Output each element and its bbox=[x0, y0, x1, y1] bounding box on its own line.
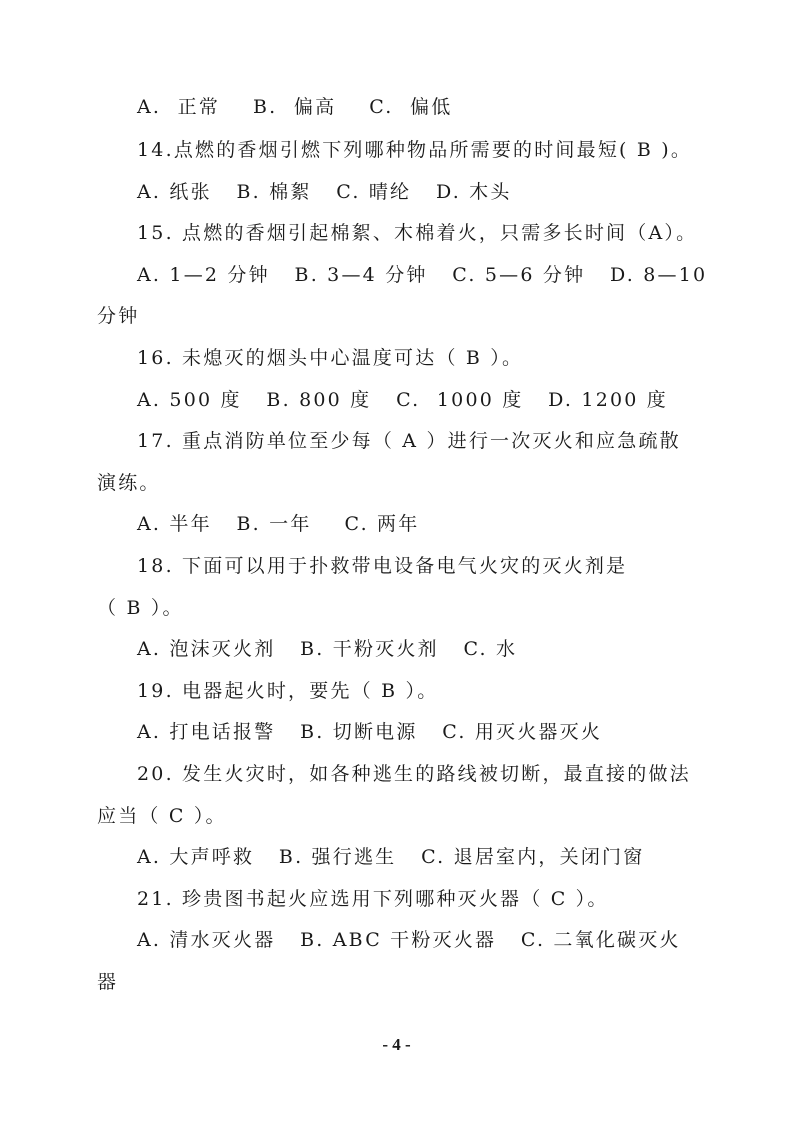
q18-question-cont: （ B ）。 bbox=[97, 596, 184, 620]
q14-question: 14.点燃的香烟引燃下列哪种物品所需要的时间最短( B )。 bbox=[137, 138, 692, 162]
q16-options: A. 500 度 B. 800 度 C. 1000 度 D. 1200 度 bbox=[137, 388, 668, 412]
q17-options: A. 半年 B. 一年 C. 两年 bbox=[137, 512, 419, 536]
q19-question: 19. 电器起火时，要先（ B ）。 bbox=[137, 679, 438, 703]
q15-options: A. 1—2 分钟 B. 3—4 分钟 C. 5—6 分钟 D. 8—10 bbox=[137, 263, 707, 287]
q17-question: 17. 重点消防单位至少每（ A ）进行一次灭火和应急疏散 bbox=[137, 429, 681, 453]
q18-question: 18. 下面可以用于扑救带电设备电气火灾的灭火剂是 bbox=[137, 554, 627, 578]
page-number: - 4 - bbox=[0, 1035, 793, 1055]
q15-question: 15. 点燃的香烟引起棉絮、木棉着火，只需多长时间（A）。 bbox=[137, 221, 697, 245]
q21-options-cont: 器 bbox=[97, 970, 118, 994]
q19-options: A. 打电话报警 B. 切断电源 C. 用灭火器灭火 bbox=[137, 720, 602, 744]
q16-question: 16. 未熄灭的烟头中心温度可达（ B ）。 bbox=[137, 346, 523, 370]
q20-options: A. 大声呼救 B. 强行逃生 C. 退居室内，关闭门窗 bbox=[137, 845, 644, 869]
q20-question: 20. 发生火灾时，如各种逃生的路线被切断，最直接的做法 bbox=[137, 762, 691, 786]
q21-question: 21. 珍贵图书起火应选用下列哪种灭火器（ C ）。 bbox=[137, 887, 609, 911]
q18-options: A. 泡沫灭火剂 B. 干粉灭火剂 C. 水 bbox=[137, 637, 517, 661]
q14-options: A. 纸张 B. 棉絮 C. 晴纶 D. 木头 bbox=[137, 180, 512, 204]
q15-options-cont: 分钟 bbox=[97, 304, 139, 328]
q13-options: A. 正常 B. 偏高 C. 偏低 bbox=[137, 95, 452, 119]
q21-options: A. 清水灭火器 B. ABC 干粉灭火器 C. 二氧化碳灭火 bbox=[137, 928, 681, 952]
q20-question-cont: 应当（ C ）。 bbox=[97, 804, 227, 828]
q17-question-cont: 演练。 bbox=[97, 471, 161, 495]
